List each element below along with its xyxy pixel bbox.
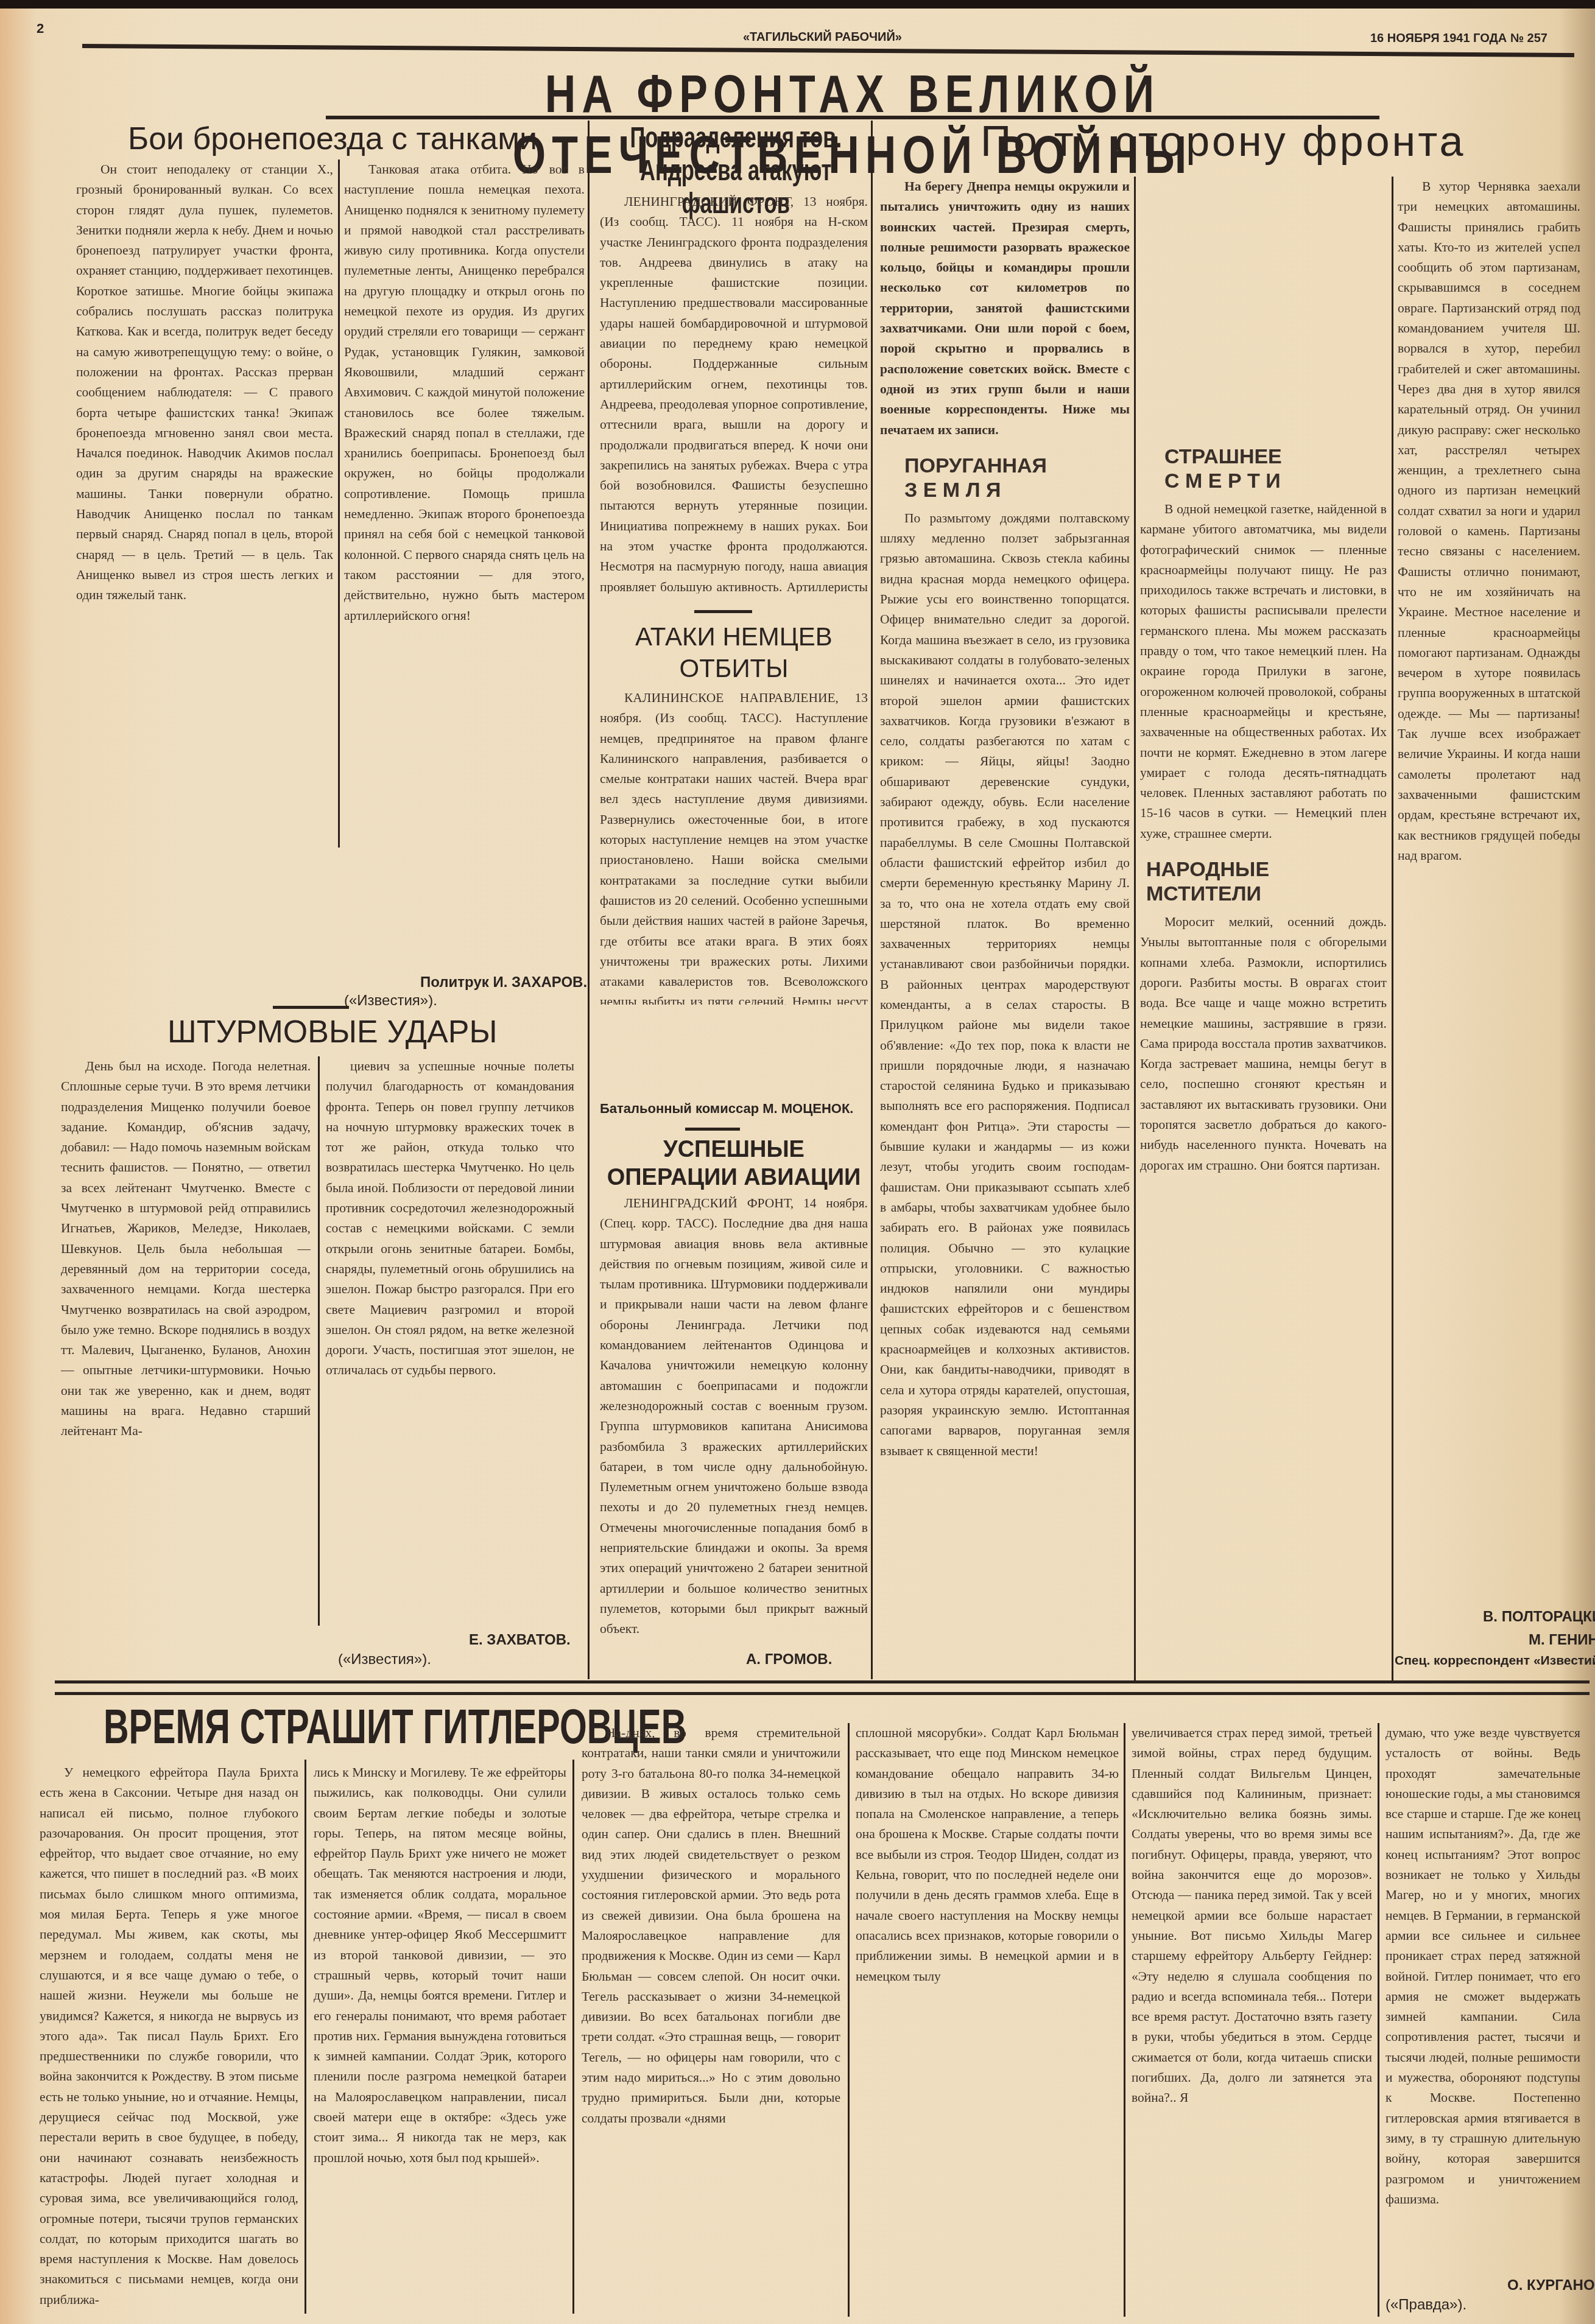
body-text: У немецкого ефрейтора Паула Брихта есть … <box>40 1763 298 2310</box>
section-divider <box>55 1680 1590 1695</box>
body-text: сплошной мясорубки». Солдат Карл Бюльман… <box>856 1723 1119 1987</box>
section-rule <box>694 610 752 613</box>
column-rule <box>338 160 340 848</box>
column-rule <box>1392 177 1393 1680</box>
armored-train-title: Бои бронепоезда с танками <box>128 121 537 157</box>
behind-front-credit: Спец. корреспондент «Известий». <box>1395 1654 1595 1668</box>
heading-line: С М Е Р Т И <box>1164 469 1387 493</box>
section-heading: НАРОДНЫЕ МСТИТЕЛИ <box>1146 857 1387 906</box>
armored-train-signature: Политрук И. ЗАХАРОВ. <box>420 974 587 991</box>
body-text: По размытому дождями полтавскому шляху м… <box>880 508 1130 1461</box>
attacks-repelled-title: АТАКИ НЕМЦЕВ ОТБИТЫ <box>600 621 868 684</box>
body-text: Танковая атака отбита. Но вот в наступле… <box>344 160 585 626</box>
aviation-ops-title: УСПЕШНЫЕ ОПЕРАЦИИ АВИАЦИИ <box>600 1136 868 1192</box>
body-text: В хутор Чернявка заехали три немецких ав… <box>1398 177 1580 866</box>
column-rule <box>848 1723 850 2317</box>
column-rule <box>572 1760 574 2314</box>
body-text: Он стоит неподалеку от станции Х., грозн… <box>76 160 333 606</box>
armored-train-col1: Он стоит неподалеку от станции Х., грозн… <box>76 160 333 872</box>
heading-line: НАРОДНЫЕ <box>1146 857 1387 882</box>
column-rule <box>1134 177 1136 1680</box>
heading-line: МСТИТЕЛИ <box>1146 882 1387 906</box>
behind-front-col1: На берегу Днепра немцы окружили и пытали… <box>880 177 1130 1680</box>
behind-front-title: По ту сторону фронта <box>981 117 1465 166</box>
armored-train-source: («Известия»). <box>344 992 437 1009</box>
aviation-ops-signature: А. ГРОМОВ. <box>746 1651 832 1668</box>
section-rule <box>273 1006 349 1009</box>
andreev-body: ЛЕНИНГРАДСКИЙ ФРОНТ, 13 ноября. (Из сооб… <box>600 192 868 594</box>
aviation-ops-body: ЛЕНИНГРАДСКИЙ ФРОНТ, 14 ноября. (Спец. к… <box>600 1193 868 1647</box>
heading-line: З Е М Л Я <box>904 478 1130 502</box>
body-text: думаю, что уже везде чувствуется усталос… <box>1386 1723 1580 2210</box>
column-rule <box>1124 1723 1125 2317</box>
behind-front-signature-1: В. ПОЛТОРАЦКИЙ <box>1483 1609 1595 1626</box>
heading-line: ПОРУГАННАЯ <box>904 454 1130 478</box>
section-rule <box>685 1128 740 1131</box>
body-text: ЛЕНИНГРАДСКИЙ ФРОНТ, 14 ноября. (Спец. к… <box>600 1193 868 1640</box>
body-text: День был на исходе. Погода нелетная. Спл… <box>61 1056 311 1442</box>
time-col6: думаю, что уже везде чувствуется усталос… <box>1386 1723 1580 2259</box>
page-number: 2 <box>37 21 44 37</box>
body-text: КАЛИНИНСКОЕ НАПРАВЛЕНИЕ, 13 ноября. (Из … <box>600 688 868 1005</box>
newspaper-page: 2 «ТАГИЛЬСКИЙ РАБОЧИЙ» 16 НОЯБРЯ 1941 ГО… <box>0 0 1595 2324</box>
assault-strikes-signature: Е. ЗАХВАТОВ. <box>469 1632 571 1649</box>
section-heading: СТРАШНЕЕ С М Е Р Т И <box>1164 444 1387 493</box>
attacks-repelled-signature: Батальонный комиссар М. МОЦЕНОК. <box>600 1101 853 1117</box>
assault-strikes-col2: циевич за успешные ночные полеты получил… <box>326 1056 574 1598</box>
armored-train-col2: Танковая атака отбита. Но вот в наступле… <box>344 160 585 768</box>
newspaper-name: «ТАГИЛЬСКИЙ РАБОЧИЙ» <box>743 30 902 44</box>
body-text: увеличивается страх перед зимой, третьей… <box>1132 1723 1372 2108</box>
intro-text: На берегу Днепра немцы окружили и пытали… <box>880 177 1130 440</box>
body-text: Моросит мелкий, осенний дождь. Унылы выт… <box>1140 912 1387 1176</box>
body-text: В одной немецкой газетке, найденной в ка… <box>1140 499 1387 844</box>
masthead-rule <box>82 44 1574 57</box>
time-col5: увеличивается страх перед зимой, третьей… <box>1132 1723 1372 2323</box>
time-col4: сплошной мясорубки». Солдат Карл Бюльман… <box>856 1723 1119 2323</box>
time-frightens-source: («Правда»). <box>1386 2297 1466 2314</box>
assault-strikes-title: ШТУРМОВЫЕ УДАРЫ <box>167 1014 497 1050</box>
heading-line: СТРАШНЕЕ <box>1164 444 1387 469</box>
body-text: циевич за успешные ночные полеты получил… <box>326 1056 574 1381</box>
behind-front-signature-2: М. ГЕНИН <box>1529 1632 1595 1649</box>
assault-strikes-col1: День был на исходе. Погода нелетная. Спл… <box>61 1056 311 1635</box>
body-text: лись к Минску и Могилеву. Те же ефрейтор… <box>314 1763 566 2168</box>
assault-strikes-source: («Известия»). <box>338 1651 431 1668</box>
behind-front-col3: В хутор Чернявка заехали три немецких ав… <box>1398 177 1580 1571</box>
behind-front-col2: СТРАШНЕЕ С М Е Р Т И В одной немецкой га… <box>1140 177 1387 1680</box>
column-rule <box>871 121 873 1679</box>
attacks-repelled-body: КАЛИНИНСКОЕ НАПРАВЛЕНИЕ, 13 ноября. (Из … <box>600 688 868 1005</box>
section-heading: ПОРУГАННАЯ З Е М Л Я <box>904 454 1130 502</box>
column-rule <box>1378 1723 1379 2317</box>
column-rule <box>588 121 590 1679</box>
column-rule <box>318 1056 320 1626</box>
body-text: ЛЕНИНГРАДСКИЙ ФРОНТ, 13 ноября. (Из сооб… <box>600 192 868 594</box>
time-frightens-signature: О. КУРГАНОВ. <box>1507 2277 1595 2294</box>
body-text: На-днях, во время стремительной контрата… <box>582 1723 840 2129</box>
column-rule <box>305 1760 306 2314</box>
time-col2: лись к Минску и Могилеву. Те же ефрейтор… <box>314 1763 566 2323</box>
issue-date: 16 НОЯБРЯ 1941 ГОДА № 257 <box>1370 32 1547 46</box>
scan-edge <box>0 0 1595 9</box>
time-col3: На-днях, во время стремительной контрата… <box>582 1723 840 2323</box>
time-col1: У немецкого ефрейтора Паула Брихта есть … <box>40 1763 298 2323</box>
